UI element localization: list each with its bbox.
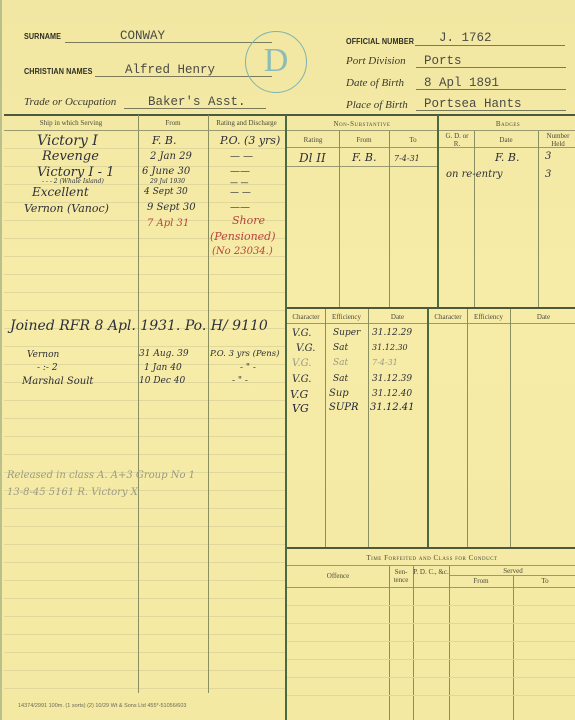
badges-divider <box>437 115 439 307</box>
discharge-line-3: (No 23034.) <box>212 246 273 257</box>
pob-label: Place of Birth <box>346 99 408 111</box>
rfr-ship-2: - :- 2 <box>37 363 58 373</box>
rfr-rating-1: P.O. 3 yrs (Pens) <box>210 349 279 359</box>
conduct-date-3: 7-4-31 <box>372 358 398 367</box>
dob-label: Date of Birth <box>346 77 404 89</box>
rating-row-2: — — <box>230 151 253 162</box>
discharge-date: 7 Apl 31 <box>147 218 189 229</box>
ship-row-5: Excellent <box>32 185 89 199</box>
official-number-label: OFFICIAL NUMBER <box>346 37 414 46</box>
badges-header-gd: G. D. or R. <box>444 132 470 148</box>
ship-row-4: - - - 2 (Whale Island) <box>42 178 104 185</box>
col-divider-from-rating <box>208 115 209 693</box>
badge-number-2: 3 <box>545 169 551 180</box>
discharge-line-2: (Pensioned) <box>210 230 276 243</box>
from-row-1: F. B. <box>152 134 177 147</box>
rfr-ship-3: Marshal Soult <box>22 376 93 387</box>
release-note-1: Released in class A. A+3 Group No 1 <box>7 470 195 481</box>
conduct-eff-4: Sat <box>333 374 348 384</box>
service-header-line <box>4 130 285 131</box>
conduct-header-date: Date <box>368 313 427 321</box>
forfeit-header-sentence: Sen-tence <box>389 568 413 584</box>
badges-header-date: Date <box>474 136 538 144</box>
col-divider-ship-from <box>138 115 139 693</box>
conduct-header-character-2: Character <box>429 313 467 321</box>
forfeit-header-pd: P. D. C., &c. <box>413 568 449 576</box>
rating-row-1: P.O. (3 yrs) <box>220 134 280 147</box>
trade-value: Baker's Asst. <box>148 95 246 109</box>
forfeit-header-offence: Offence <box>287 572 389 580</box>
rating-row-4: — — <box>230 178 249 187</box>
forfeit-title-line <box>287 565 575 566</box>
header-from: From <box>138 119 208 127</box>
main-vertical-divider <box>285 115 287 720</box>
official-number-value: J. 1762 <box>439 31 492 45</box>
service-record-card: SURNAME CONWAY CHRISTIAN NAMES Alfred He… <box>0 0 575 720</box>
ship-row-2: Revenge <box>42 149 99 164</box>
conduct-eff-3: Sat <box>333 358 348 368</box>
rating-row-5: — — <box>230 188 251 198</box>
conduct-char-4: V.G. <box>292 374 311 385</box>
rfr-from-2: 1 Jan 40 <box>144 363 182 373</box>
rating-row-3: —— <box>230 166 250 177</box>
conduct-char-2: V.G. <box>296 343 315 354</box>
badge-number-1: 3 <box>545 151 551 162</box>
conduct-date-6: 31.12.41 <box>370 402 415 413</box>
header-ship: Ship in which Serving <box>4 119 138 127</box>
conduct-char-6: VG <box>292 402 309 415</box>
surname-label: SURNAME <box>24 32 61 41</box>
ship-row-1: Victory I <box>37 133 98 149</box>
badges-header-number: Number Held <box>539 132 575 148</box>
conduct-date-4: 31.12.39 <box>372 374 412 384</box>
conduct-top-line <box>287 307 575 309</box>
from-row-3: 6 June 30 <box>142 166 190 177</box>
from-row-5: 4 Sept 30 <box>144 187 188 197</box>
division-stamp: D <box>245 31 307 93</box>
rfr-ship-1: Vernon <box>27 350 59 360</box>
ns-header-from: From <box>339 136 389 144</box>
pob-value: Portsea Hants <box>424 97 522 111</box>
stamp-letter: D <box>246 42 306 80</box>
conduct-header-efficiency-2: Efficiency <box>467 313 510 321</box>
surname-underline <box>65 30 272 43</box>
ns-rating-1: Dl II <box>299 151 326 165</box>
rfr-rating-3: - " - <box>232 376 248 386</box>
conduct-header-date-2: Date <box>510 313 575 321</box>
conduct-eff-2: Sat <box>333 343 348 353</box>
conduct-mid-divider <box>427 309 429 547</box>
christian-names-label: CHRISTIAN NAMES <box>24 67 93 76</box>
ns-header-rating: Rating <box>287 136 339 144</box>
conduct-header-character: Character <box>287 313 325 321</box>
dob-value: 8 Apl 1891 <box>424 76 499 90</box>
surname-value: CONWAY <box>120 29 165 43</box>
from-row-4: 29 Jul 1930 <box>150 178 185 185</box>
forfeit-header-from: From <box>449 577 513 585</box>
badges-title: Badges <box>439 120 575 128</box>
conduct-date-5: 31.12.40 <box>372 389 412 399</box>
forfeit-header-to: To <box>513 577 575 585</box>
conduct-char-3: V.G. <box>292 358 311 369</box>
conduct-eff-1: Super <box>333 328 360 338</box>
forfeit-top-line <box>287 547 575 549</box>
ns-header-line <box>287 147 575 148</box>
rfr-from-3: 10 Dec 40 <box>139 376 185 386</box>
port-division-label: Port Division <box>346 55 406 67</box>
from-row-6: 9 Sept 30 <box>147 202 196 213</box>
ns-from-1: F. B. <box>352 151 377 164</box>
ns-title-line <box>287 130 575 131</box>
conduct-date-2: 31.12.30 <box>372 343 408 352</box>
badge-date-1: F. B. <box>495 151 520 164</box>
rating-row-6: —— <box>230 202 250 213</box>
header-divider <box>4 114 575 116</box>
conduct-eff-5: Sup <box>329 388 349 399</box>
badge-date-2: on re-entry <box>446 169 503 180</box>
forfeit-header-served: Served <box>449 567 575 575</box>
from-row-2: 2 Jan 29 <box>150 151 192 162</box>
ns-row-line <box>287 166 437 167</box>
trade-label: Trade or Occupation <box>24 96 116 108</box>
ns-to-1: 7-4-31 <box>394 154 420 163</box>
christian-names-value: Alfred Henry <box>125 63 215 77</box>
forfeit-title: Time Forfeited and Class for Conduct <box>287 554 575 562</box>
conduct-header-efficiency: Efficiency <box>325 313 368 321</box>
rfr-note: Joined RFR 8 Apl. 1931. Po. H/ 9110 <box>10 318 268 334</box>
ns-title: Non-Substantive <box>287 120 437 128</box>
ship-row-6: Vernon (Vanoc) <box>24 202 109 215</box>
conduct-char-5: V.G <box>290 388 308 401</box>
release-note-2: 13-8-45 5161 R. Victory X <box>7 487 138 498</box>
header-rating: Rating and Discharge <box>208 119 285 127</box>
port-division-value: Ports <box>424 54 462 68</box>
conduct-eff-6: SUPR <box>329 402 359 413</box>
printer-imprint: 14374/2991 100m. (1 sorts) (2) 10/29 Wt … <box>18 703 186 709</box>
rfr-rating-2: - " - <box>240 363 256 373</box>
rfr-from-1: 31 Aug. 39 <box>139 349 189 359</box>
conduct-date-1: 31.12.29 <box>372 328 412 338</box>
conduct-header-line <box>287 323 575 324</box>
discharge-line-1: Shore <box>232 214 265 227</box>
conduct-char-1: V.G. <box>292 328 311 339</box>
ns-header-to: To <box>389 136 437 144</box>
forfeit-header-line <box>287 587 575 588</box>
